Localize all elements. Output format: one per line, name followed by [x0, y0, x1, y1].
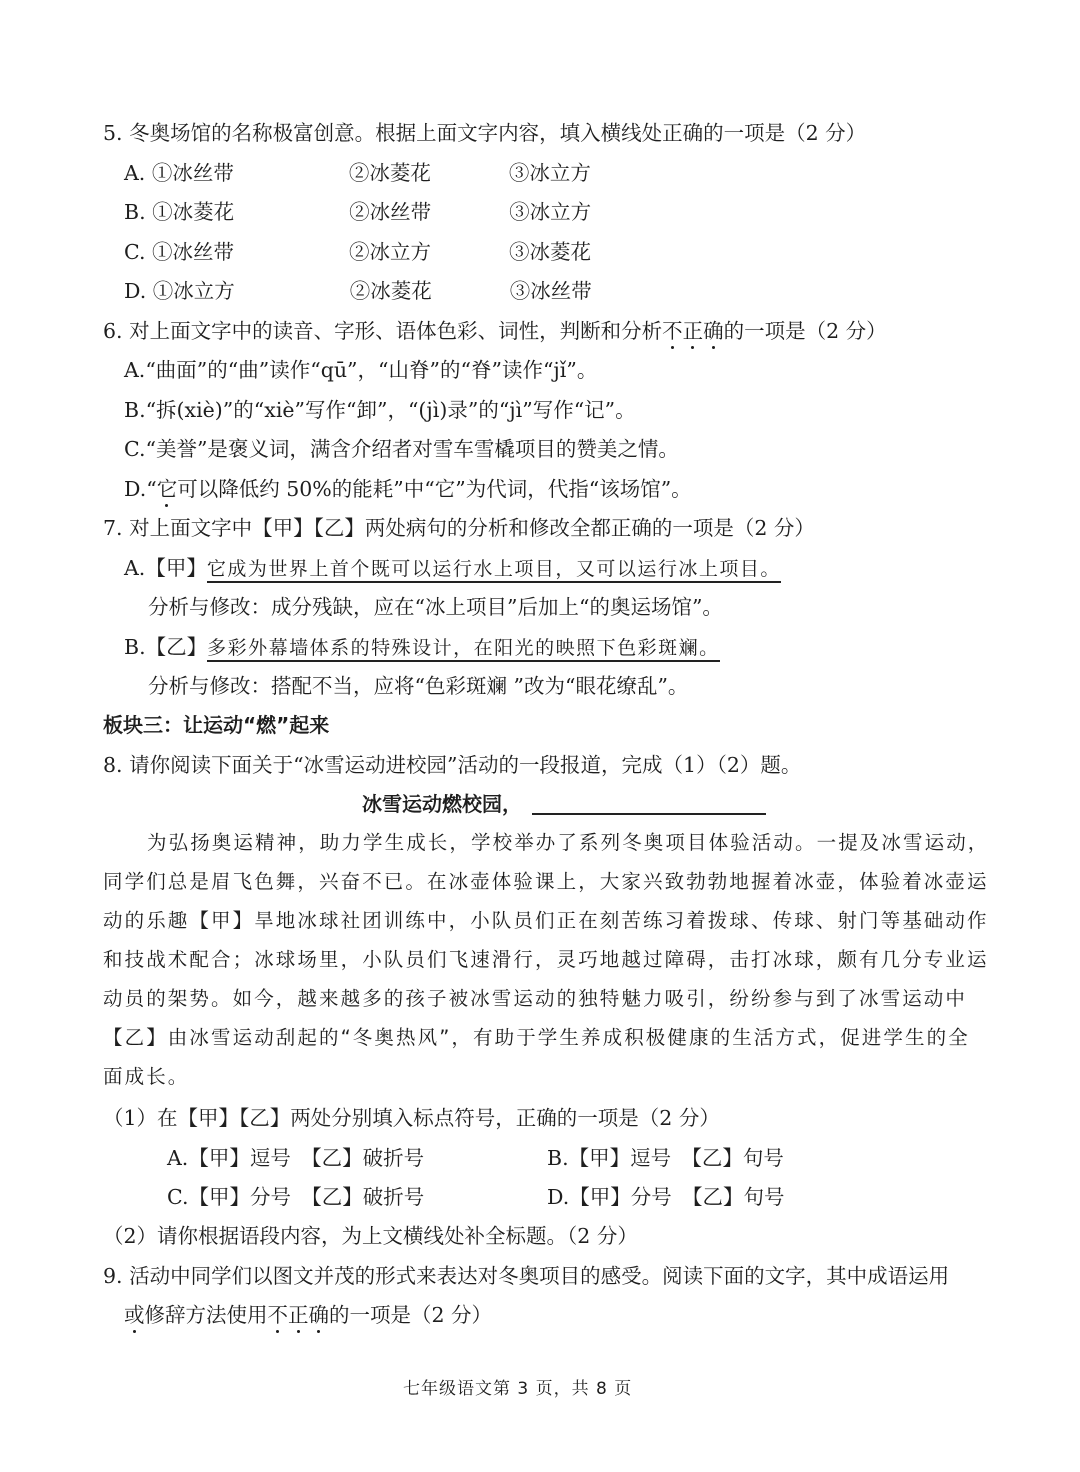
- stem-text: 6. 对上面文字中的读音、字形、语体色彩、词性，判断和分析: [103, 319, 662, 343]
- q6-option-a: A.“曲面”的“曲”读作“qū”，“山脊”的“脊”读作“jǐ”。: [124, 356, 597, 384]
- q6-option-d: D.“它可以降低约 50%的能耗”中“它”为代词，代指“该场馆”。: [124, 475, 692, 503]
- option-d: D.【甲】分号 【乙】句号: [547, 1185, 784, 1209]
- q8-sub1-options-row2: C.【甲】分号 【乙】破折号D.【甲】分号 【乙】句号: [167, 1183, 784, 1211]
- emphasis-dot-char: 或: [124, 1303, 145, 1327]
- paragraph-line: 同学们总是眉飞色舞，兴奋不已。在冰壶体验课上，大家兴致勃勃地握着冰壶，体验着冰壶…: [103, 868, 989, 896]
- q5-stem: 5. 冬奥场馆的名称极富创意。根据上面文字内容，填入横线处正确的一项是（2 分）: [103, 119, 866, 147]
- q5-option-d: D. ①冰立方②冰菱花③冰丝带: [124, 277, 592, 305]
- emphasis-dot-char: 它: [157, 477, 178, 501]
- option-label: A.: [124, 161, 152, 185]
- stem-text: 的一项是（2 分）: [329, 1303, 492, 1327]
- underlined-sentence: 它成为世界上首个既可以运行水上项目，又可以运行冰上项目。: [207, 558, 781, 583]
- q7-option-a-analysis: 分析与修改：成分残缺，应在“冰上项目”后加上“的奥运场馆”。: [148, 593, 723, 621]
- option-label: B.【乙】: [124, 635, 207, 659]
- option-item: ②冰立方: [349, 238, 509, 266]
- q7-option-a: A.【甲】它成为世界上首个既可以运行水上项目，又可以运行冰上项目。: [124, 554, 781, 583]
- paragraph-line: 动员的架势。如今，越来越多的孩子被冰雪运动的独特魅力吸引，纷纷参与到了冰雪运动中: [103, 985, 967, 1013]
- option-text: 可以降低约 50%的能耗”中“它”为代词，代指“该场馆”。: [177, 477, 691, 501]
- page-footer: 七年级语文第 3 页，共 8 页: [403, 1375, 632, 1403]
- option-item: ③冰丝带: [510, 277, 592, 305]
- stem-text: 修辞方法使用: [145, 1303, 268, 1327]
- paragraph-line: 【乙】由冰雪运动刮起的“冬奥热风”，有助于学生养成积极健康的生活方式，促进学生的…: [103, 1024, 970, 1052]
- option-item: ②冰菱花: [350, 277, 510, 305]
- q6-option-c: C.“美誉”是褒义词，满含介绍者对雪车雪橇项目的赞美之情。: [124, 435, 679, 463]
- option-item: ①冰丝带: [152, 238, 349, 266]
- emphasis-dot-char: 确: [309, 1303, 330, 1327]
- q8-sub2-stem: （2）请你根据语段内容，为上文横线处补全标题。（2 分）: [103, 1222, 638, 1250]
- q7-option-b: B.【乙】多彩外幕墙体系的特殊设计，在阳光的映照下色彩斑斓。: [124, 633, 720, 662]
- option-label: A.【甲】: [124, 556, 207, 580]
- option-item: ①冰菱花: [152, 198, 349, 226]
- q8-stem: 8. 请你阅读下面关于“冰雪运动进校园”活动的一段报道，完成（1）（2）题。: [103, 751, 801, 779]
- q5-option-b: B. ①冰菱花②冰丝带③冰立方: [124, 198, 591, 226]
- emphasis-dot-char: 不: [662, 319, 683, 343]
- option-item: ①冰丝带: [152, 159, 349, 187]
- option-item: ③冰菱花: [509, 238, 591, 266]
- q6-option-b: B.“拆(xiè)”的“xiè”写作“卸”，“(jì)录”的“jì”写作“记”。: [124, 396, 636, 424]
- article-title: 冰雪运动燃校园，: [362, 790, 766, 818]
- emphasis-dot-char: 正: [683, 319, 704, 343]
- q5-option-a: A. ①冰丝带②冰菱花③冰立方: [124, 159, 591, 187]
- option-label: C.: [124, 240, 152, 264]
- q8-sub1-options-row1: A.【甲】逗号 【乙】破折号B.【甲】逗号 【乙】句号: [167, 1144, 784, 1172]
- option-item: ②冰丝带: [349, 198, 509, 226]
- q7-option-b-analysis: 分析与修改：搭配不当，应将“色彩斑斓 ”改为“眼花缭乱”。: [148, 672, 688, 700]
- q9-stem-line2: 或修辞方法使用不正确的一项是（2 分）: [124, 1301, 492, 1329]
- emphasis-dot-char: 不: [268, 1303, 289, 1327]
- q6-stem: 6. 对上面文字中的读音、字形、语体色彩、词性，判断和分析不正确的一项是（2 分…: [103, 317, 887, 345]
- paragraph-line: 和技战术配合；冰球场里，小队员们飞速滑行，灵巧地越过障碍，击打冰球，颇有几分专业…: [103, 946, 989, 974]
- option-item: ②冰菱花: [349, 159, 509, 187]
- emphasis-dot-char: 正: [288, 1303, 309, 1327]
- option-item: ①冰立方: [153, 277, 350, 305]
- option-b: B.【甲】逗号 【乙】句号: [547, 1146, 784, 1170]
- q7-stem: 7. 对上面文字中【甲】【乙】两处病句的分析和修改全都正确的一项是（2 分）: [103, 514, 815, 542]
- article-title-text: 冰雪运动燃校园，: [362, 792, 522, 816]
- option-text: D.“: [124, 477, 157, 501]
- q9-stem-line1: 9. 活动中同学们以图文并茂的形式来表达对冬奥项目的感受。阅读下面的文字，其中成…: [103, 1262, 949, 1290]
- option-c: C.【甲】分号 【乙】破折号: [167, 1183, 547, 1211]
- emphasis-dot-char: 确: [703, 319, 724, 343]
- option-item: ③冰立方: [509, 198, 591, 226]
- q5-option-c: C. ①冰丝带②冰立方③冰菱花: [124, 238, 591, 266]
- title-blank-line: [532, 813, 766, 815]
- option-label: D.: [124, 279, 153, 303]
- option-item: ③冰立方: [509, 159, 591, 187]
- underlined-sentence: 多彩外幕墙体系的特殊设计，在阳光的映照下色彩斑斓。: [207, 637, 720, 662]
- section-heading: 板块三：让运动“燃”起来: [103, 711, 329, 739]
- q8-sub1-stem: （1）在【甲】【乙】两处分别填入标点符号，正确的一项是（2 分）: [103, 1104, 720, 1132]
- option-a: A.【甲】逗号 【乙】破折号: [167, 1144, 547, 1172]
- paragraph-line: 为弘扬奥运精神，助力学生成长，学校举办了系列冬奥项目体验活动。一提及冰雪运动，: [147, 829, 989, 857]
- paragraph-line: 动的乐趣【甲】旱地冰球社团训练中，小队员们正在刻苦练习着拨球、传球、射门等基础动…: [103, 907, 989, 935]
- stem-text: 的一项是（2 分）: [724, 319, 887, 343]
- paragraph-line: 面成长。: [103, 1063, 189, 1091]
- option-label: B.: [124, 200, 152, 224]
